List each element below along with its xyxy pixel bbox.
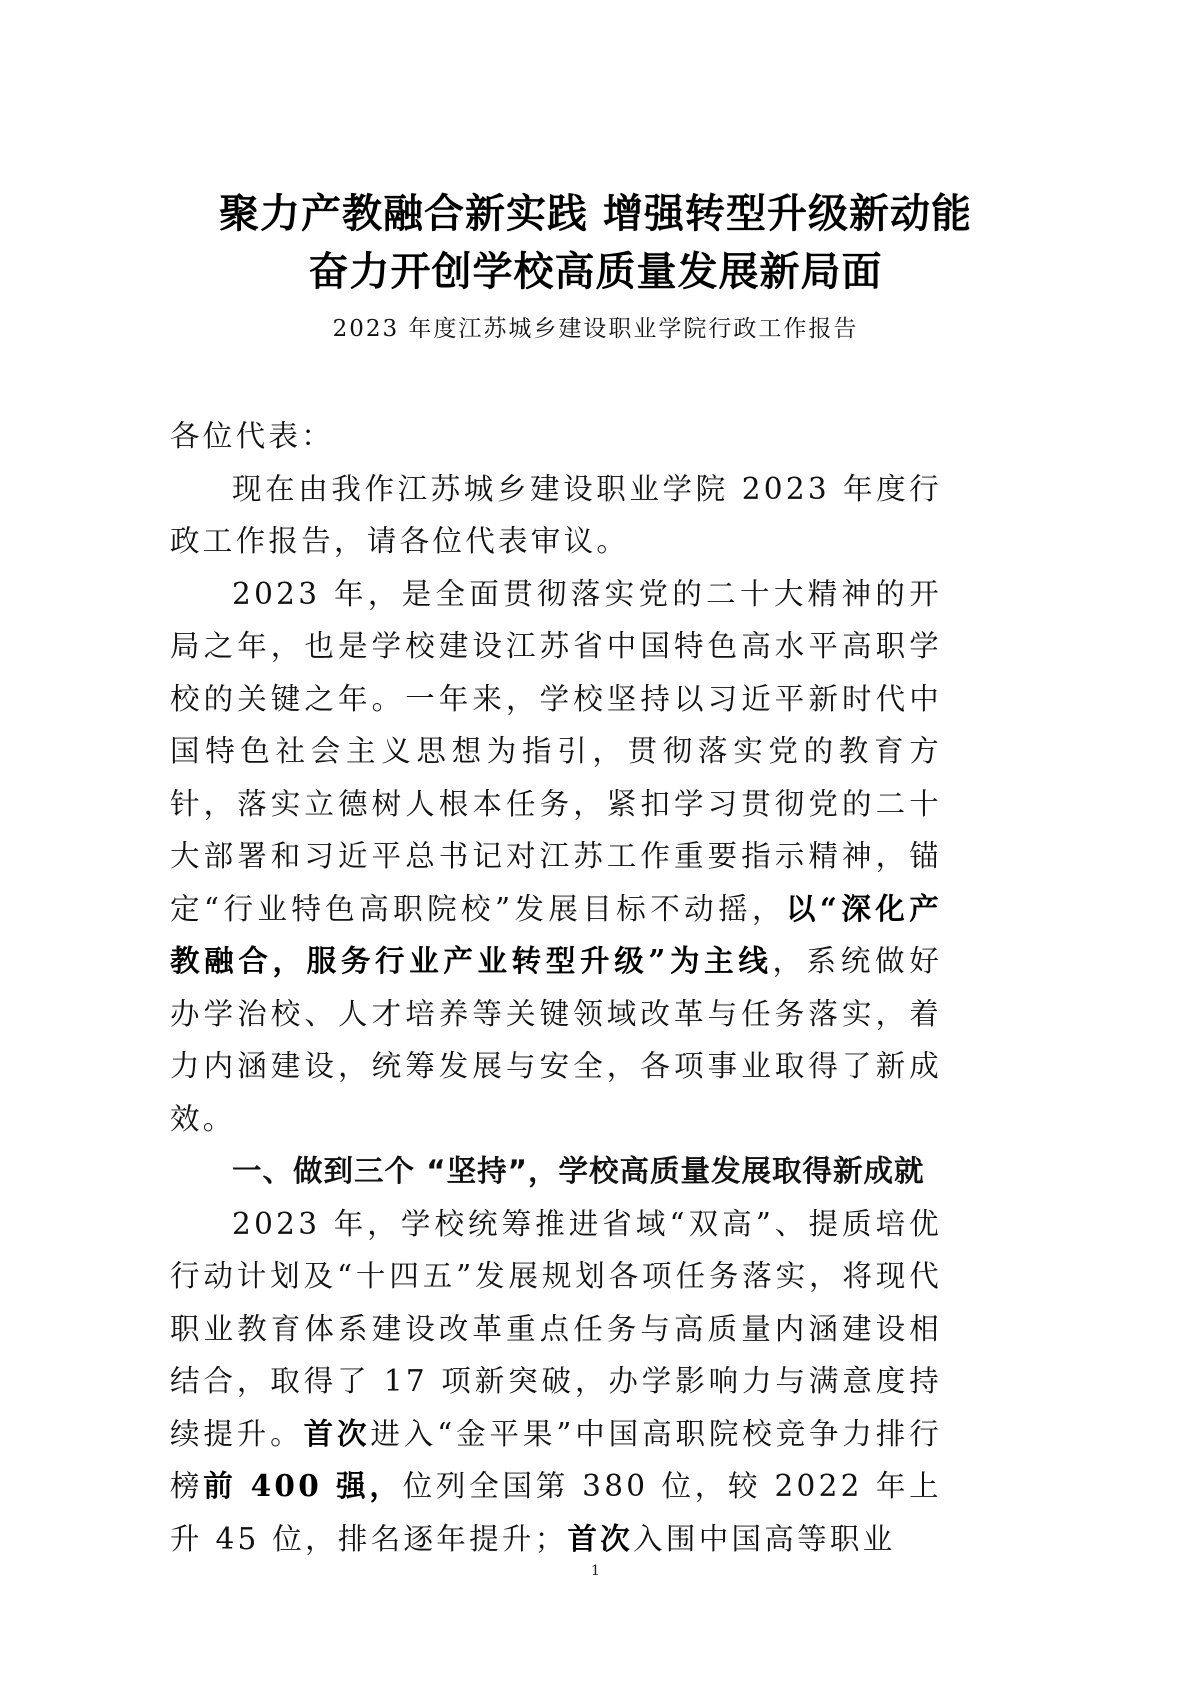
paragraph-overview-text-a: 2023 年，是全面贯彻落实党的二十大精神的开局之年，也是学校建设江苏省中国特色… bbox=[170, 577, 942, 926]
emphasis-first-time-2: 首次 bbox=[568, 1521, 634, 1556]
paragraph-achievements-text-d: 入围中国高等职业 bbox=[633, 1522, 895, 1556]
section-heading-1: 一、做到三个 “坚持”，学校高质量发展取得新成就 bbox=[170, 1145, 942, 1198]
document-subtitle: 2023 年度江苏城乡建设职业学院行政工作报告 bbox=[150, 310, 1041, 343]
emphasis-first-time-1: 首次 bbox=[304, 1416, 371, 1451]
document-body: 各位代表： 现在由我作江苏城乡建设职业学院 2023 年度行政工作报告，请各位代… bbox=[170, 410, 942, 1565]
document-page: 聚力产教融合新实践 增强转型升级新动能 奋力开创学校高质量发展新局面 2023 … bbox=[0, 0, 1191, 1684]
document-title-line-2: 奋力开创学校高质量发展新局面 bbox=[150, 240, 1041, 297]
salutation: 各位代表： bbox=[170, 410, 942, 463]
document-title-line-1: 聚力产教融合新实践 增强转型升级新动能 bbox=[150, 182, 1041, 239]
paragraph-overview: 2023 年，是全面贯彻落实党的二十大精神的开局之年，也是学校建设江苏省中国特色… bbox=[170, 568, 942, 1146]
paragraph-achievements-text-a: 2023 年，学校统筹推进省域“双高”、提质培优行动计划及“十四五”发展规划各项… bbox=[170, 1207, 942, 1451]
paragraph-intro: 现在由我作江苏城乡建设职业学院 2023 年度行政工作报告，请各位代表审议。 bbox=[170, 463, 942, 568]
paragraph-achievements: 2023 年，学校统筹推进省域“双高”、提质培优行动计划及“十四五”发展规划各项… bbox=[170, 1198, 942, 1566]
page-number: 1 bbox=[0, 1563, 1191, 1579]
emphasis-top-400: 前 400 强， bbox=[203, 1468, 402, 1503]
